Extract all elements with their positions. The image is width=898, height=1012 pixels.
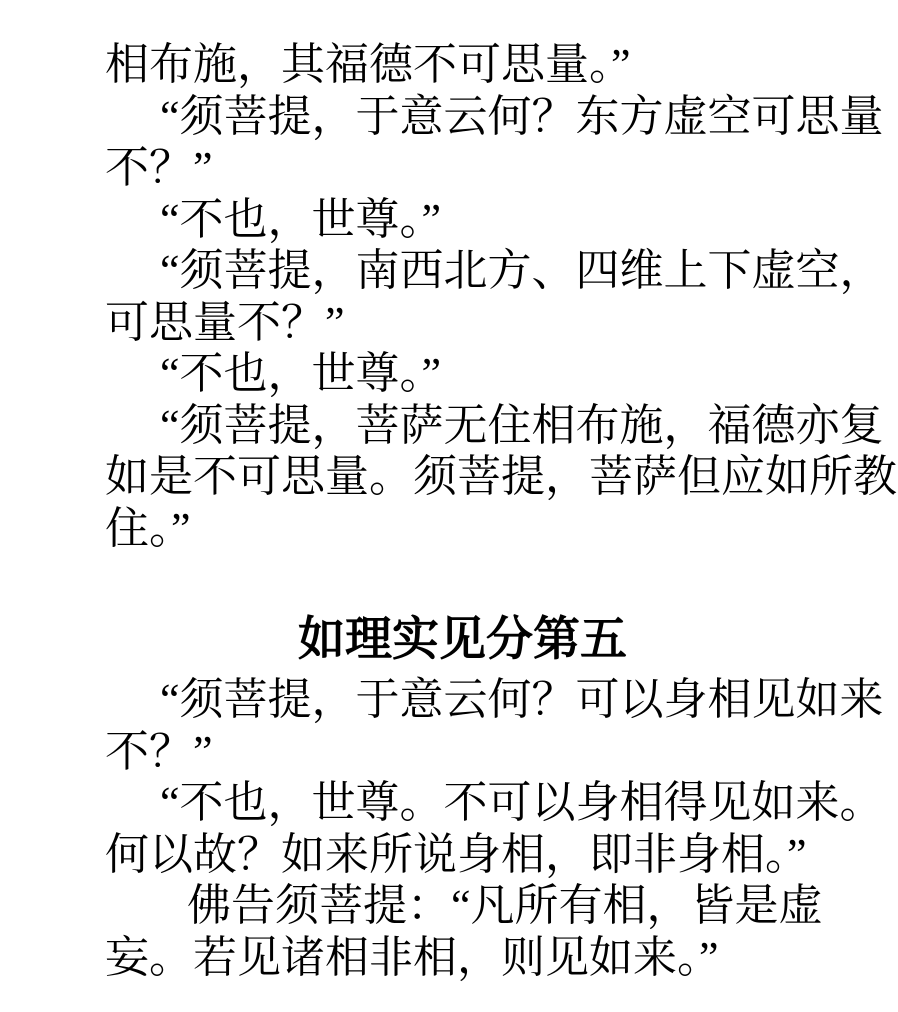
text-line: “不也，世尊。” <box>105 348 898 400</box>
section-heading: 如理实见分第五 <box>105 614 820 666</box>
text-line: “须菩提，于意云何？东方虚空可思量 <box>105 91 898 143</box>
text-line: 相布施，其福德不可思量。” <box>105 39 898 91</box>
document-page: 相布施，其福德不可思量。” “须菩提，于意云何？东方虚空可思量 不？” “不也，… <box>0 0 898 1012</box>
text-block: 相布施，其福德不可思量。” “须菩提，于意云何？东方虚空可思量 不？” “不也，… <box>0 0 898 983</box>
text-line: “须菩提，于意云何？可以身相见如来 <box>105 674 898 726</box>
text-line: “须菩提，南西北方、四维上下虚空， <box>105 245 898 297</box>
text-line: 如是不可思量。须菩提，菩萨但应如所教 <box>105 451 898 503</box>
text-line: 不？” <box>105 142 898 194</box>
text-line: 妄。若见诸相非相，则见如来。” <box>105 932 898 984</box>
text-line: “须菩提，菩萨无住相布施，福德亦复 <box>105 400 898 452</box>
text-line: 何以故？如来所说身相，即非身相。” <box>105 829 898 881</box>
text-line: “不也，世尊。” <box>105 194 898 246</box>
text-line: 不？” <box>105 726 898 778</box>
text-line: “不也，世尊。不可以身相得见如来。 <box>105 777 898 829</box>
text-line: 住。” <box>105 503 898 555</box>
text-line: 可思量不？” <box>105 297 898 349</box>
text-line: 佛告须菩提：“凡所有相，皆是虚 <box>105 880 898 932</box>
